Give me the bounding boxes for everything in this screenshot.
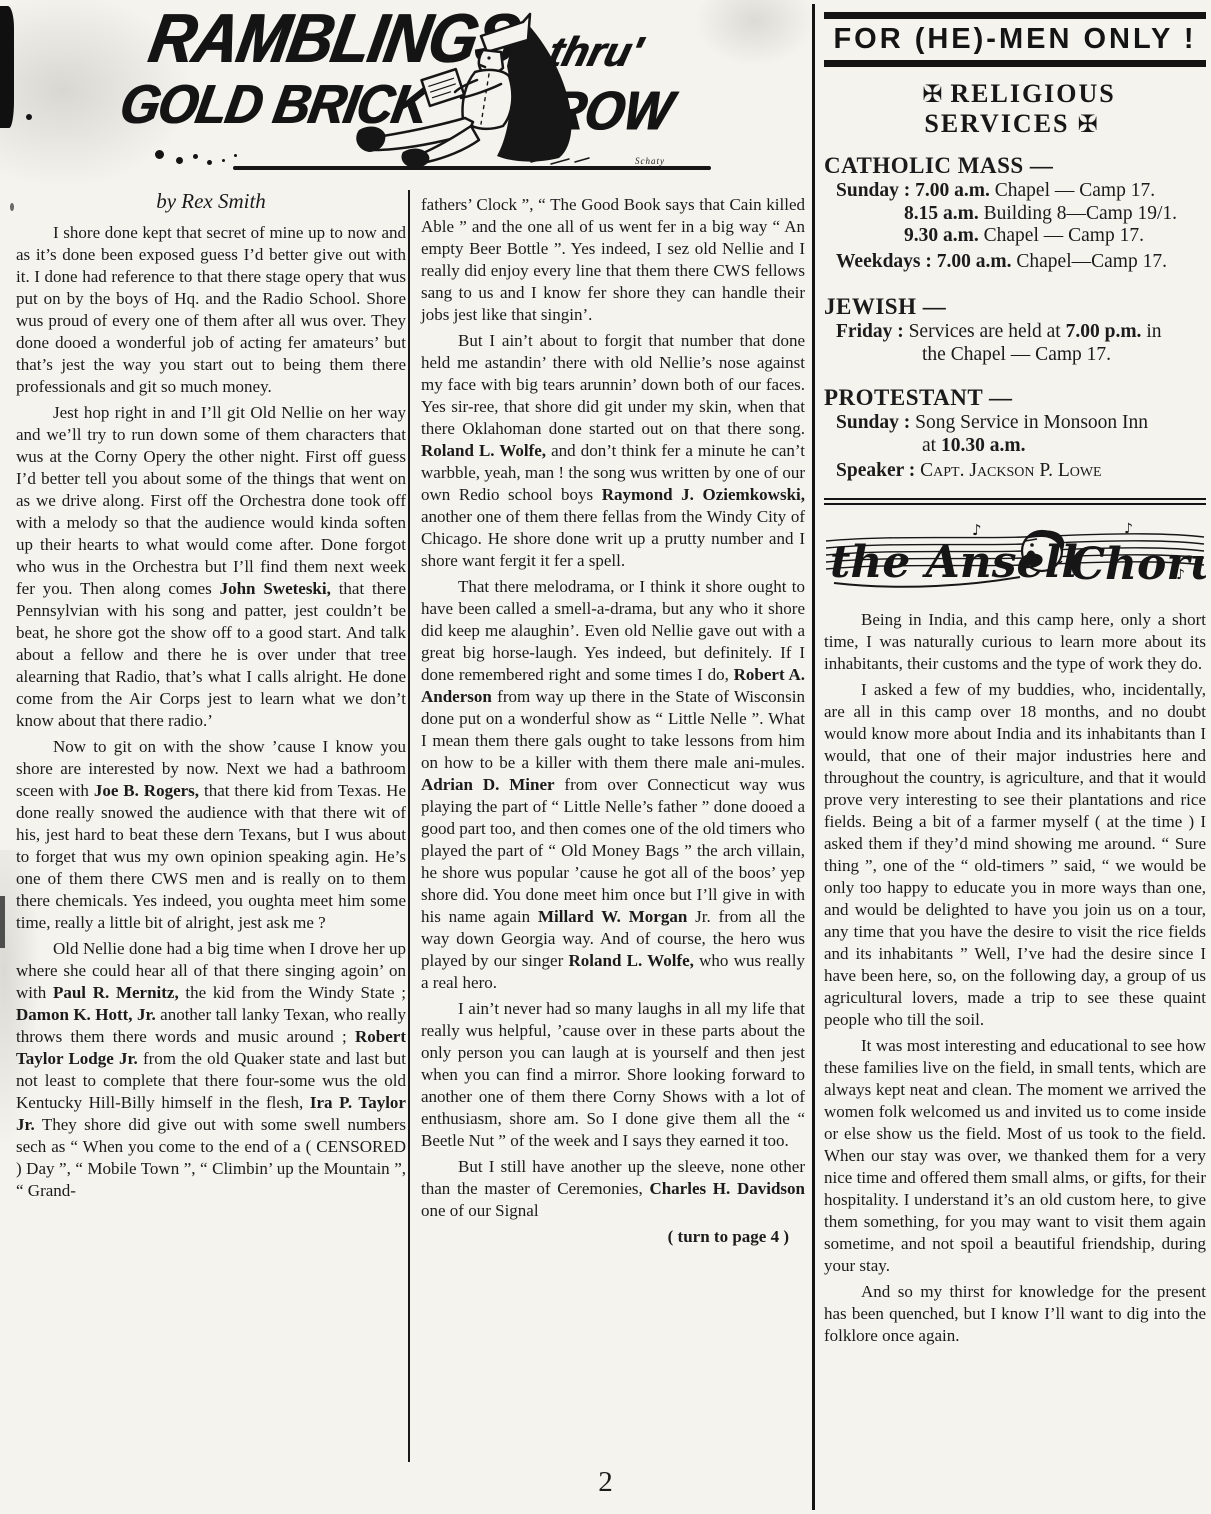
masthead-rule [233,166,711,170]
paragraph: Jest hop right in and I’ll git Old Nelli… [16,402,406,732]
scan-artifact-dot [10,203,14,211]
column-divider [408,190,410,1462]
cartoonist-signature: Schaty [635,156,665,166]
reclining-soldier-cartoon [331,10,637,174]
rule-bar [824,12,1206,19]
chorus-logo-text-left: the Ansell [830,537,1078,588]
ansell-chorus-article: Being in India, and this camp here, only… [824,609,1206,1347]
schedule-line: the Chapel — Camp 17. [824,344,1206,366]
paragraph: I asked a few of my buddies, who, incide… [824,679,1206,1031]
scan-smudge [690,0,820,70]
paragraph: Being in India, and this camp here, only… [824,609,1206,675]
double-rule [824,498,1206,505]
schedule-line: Sunday : 7.00 a.m. Chapel — Camp 17. [824,180,1206,202]
column-divider [812,4,815,1510]
schedule-line: Friday : Services are held at 7.00 p.m. … [824,321,1206,343]
jewish-heading: JEWISH — [824,294,1206,320]
crumbs-dots [155,150,164,159]
maltese-cross-icon: ✠ [914,80,950,108]
scan-artifact-bar [0,6,14,128]
rule-bar [824,60,1206,67]
article-column-left: by Rex Smith I shore done kept that secr… [16,190,406,1206]
paragraph: But I still have another up the sleeve, … [421,1156,805,1222]
byline: by Rex Smith [16,190,406,212]
paragraph: Now to git on with the show ’cause I kno… [16,736,406,934]
he-men-only-title: FOR (HE)-MEN ONLY ! [824,22,1206,56]
paragraph: I ain’t never had so many laughs in all … [421,998,805,1152]
page-number: 2 [0,1466,1211,1499]
chorus-logo-text-right: Chorus’ [1070,539,1206,590]
catholic-mass-heading: CATHOLIC MASS — [824,153,1206,179]
paragraph: And so my thirst for knowledge for the p… [824,1281,1206,1347]
schedule-line: Sunday : Song Service in Monsoon Inn [824,412,1206,434]
masthead: RAMBLINGS thru' GOLD BRICK ROW [115,8,695,176]
paragraph: I shore done kept that secret of mine up… [16,222,406,398]
schedule-line: 8.15 a.m. Building 8—Camp 19/1. [824,203,1206,225]
paragraph: Old Nellie done had a big time when I dr… [16,938,406,1202]
newspaper-page: RAMBLINGS thru' GOLD BRICK ROW [0,0,1211,1514]
maltese-cross-icon: ✠ [1070,110,1106,138]
sidebar-column-right: FOR (HE)-MEN ONLY ! ✠RELIGIOUS SERVICES✠… [824,10,1206,1351]
schedule-line: at 10.30 a.m. [824,435,1206,457]
protestant-heading: PROTESTANT — [824,385,1206,411]
continuation-note: ( turn to page 4 ) [421,1226,805,1248]
paragraph: It was most interesting and educational … [824,1035,1206,1277]
speaker-line: Speaker : Capt. Jackson P. Lowe [824,460,1206,482]
schedule-line: Weekdays : 7.00 a.m. Chapel—Camp 17. [824,251,1206,273]
schedule-line: 9.30 a.m. Chapel — Camp 17. [824,225,1206,247]
religious-services-heading: ✠RELIGIOUS SERVICES✠ [824,79,1206,139]
paragraph: But I ain’t about to forgit that number … [421,330,805,572]
svg-text:♪: ♪ [1124,521,1133,537]
paragraph: That there melodrama, or I think it shor… [421,576,805,994]
scan-artifact-dot [26,114,32,120]
paragraph: fathers’ Clock ”, “ The Good Book says t… [421,194,805,326]
scan-artifact-bar [0,896,5,948]
article-column-middle: fathers’ Clock ”, “ The Good Book says t… [421,194,805,1248]
ansell-chorus-logo: ♪ ♪ ♪ the Ansell Chorus’ [824,519,1206,593]
